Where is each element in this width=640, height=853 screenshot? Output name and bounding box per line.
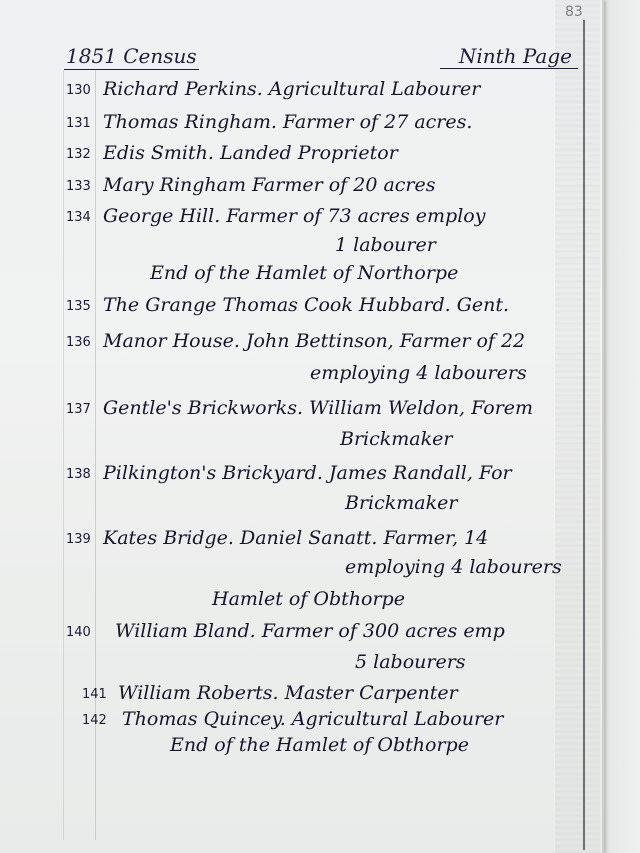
- margin-rule: [583, 20, 585, 850]
- entry-continuation: Brickmaker: [340, 428, 452, 450]
- entry-continuation: 1 labourer: [335, 234, 436, 256]
- entry-number: 134: [66, 210, 91, 225]
- entry-text: George Hill. Farmer of 73 acres employ: [103, 205, 485, 227]
- entry-text: The Grange Thomas Cook Hubbard. Gent.: [103, 294, 509, 316]
- entry-number: 139: [66, 532, 91, 547]
- section-heading: End of the Hamlet of Northorpe: [150, 262, 458, 284]
- entry-number: 138: [66, 467, 91, 482]
- entry-text: Pilkington's Brickyard. James Randall, F…: [103, 462, 512, 484]
- page-number: 83: [565, 4, 583, 20]
- census-page: 83 1851 Census Ninth Page 130 Richard Pe…: [0, 0, 604, 853]
- entry-number: 142: [82, 713, 107, 728]
- entry-text: Kates Bridge. Daniel Sanatt. Farmer, 14: [103, 527, 488, 549]
- entry-continuation: 5 labourers: [355, 651, 466, 673]
- entry-text: William Roberts. Master Carpenter: [118, 682, 458, 704]
- entry-text: William Bland. Farmer of 300 acres emp: [115, 620, 505, 642]
- entry-text: Edis Smith. Landed Proprietor: [103, 142, 398, 164]
- entry-number: 137: [66, 402, 91, 417]
- entry-text: Richard Perkins. Agricultural Labourer: [103, 78, 480, 100]
- entry-number: 130: [66, 83, 91, 98]
- entry-text: Manor House. John Bettinson, Farmer of 2…: [103, 330, 525, 352]
- entry-continuation: employing 4 labourers: [345, 556, 562, 578]
- entry-text: Thomas Ringham. Farmer of 27 acres.: [103, 111, 472, 133]
- entry-text: Gentle's Brickworks. William Weldon, For…: [103, 397, 533, 419]
- entry-continuation: employing 4 labourers: [310, 362, 527, 384]
- page-label: Ninth Page: [440, 44, 578, 69]
- section-heading: Hamlet of Obthorpe: [212, 588, 405, 610]
- background-surface: [600, 0, 640, 853]
- margin-rule: [63, 70, 64, 840]
- entry-number: 132: [66, 147, 91, 162]
- photocopy-shadow: [555, 0, 600, 853]
- entry-text: Thomas Quincey. Agricultural Labourer: [122, 708, 503, 730]
- page-title: 1851 Census: [64, 44, 199, 70]
- entry-number: 133: [66, 179, 91, 194]
- entry-number: 141: [82, 687, 107, 702]
- entry-number: 140: [66, 625, 91, 640]
- entry-text: Mary Ringham Farmer of 20 acres: [103, 174, 436, 196]
- entry-continuation: Brickmaker: [345, 492, 457, 514]
- entry-number: 135: [66, 299, 91, 314]
- entry-number: 131: [66, 116, 91, 131]
- section-heading: End of the Hamlet of Obthorpe: [170, 734, 469, 756]
- entry-number: 136: [66, 335, 91, 350]
